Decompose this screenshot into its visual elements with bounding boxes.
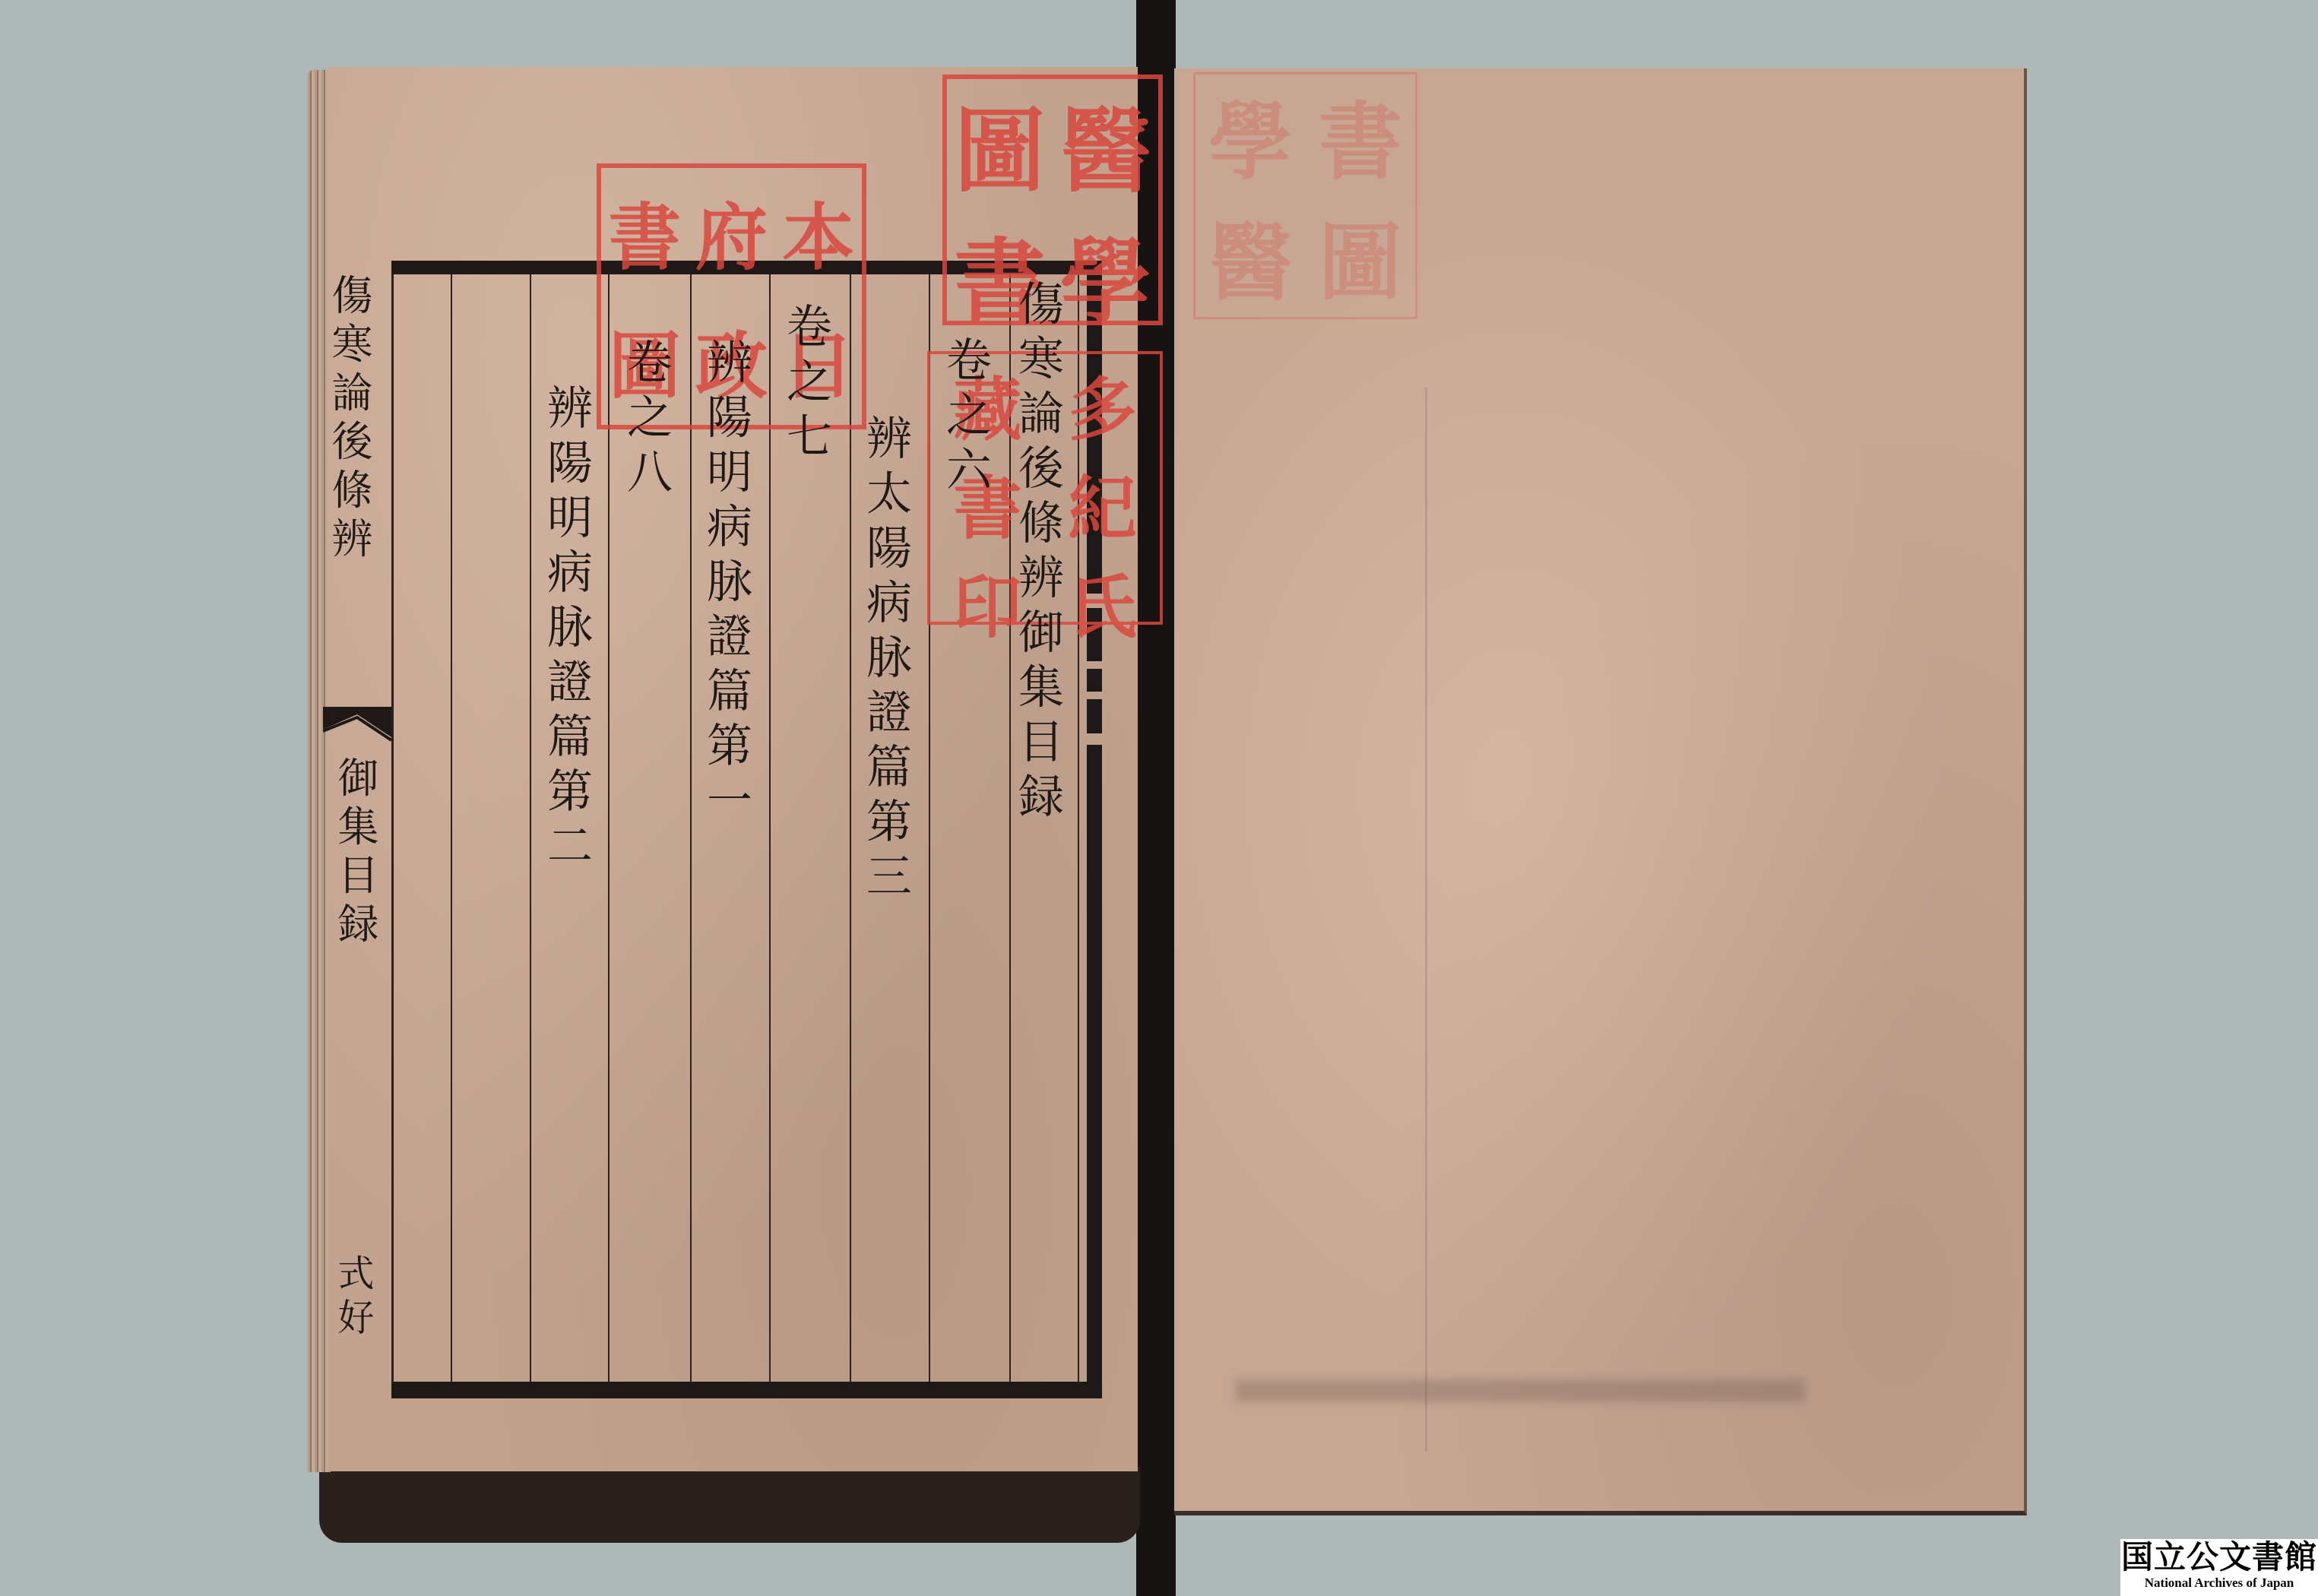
paper-stain — [1235, 1379, 1805, 1402]
seal-char: 書 — [601, 168, 688, 296]
seal-char: 圖 — [947, 79, 1053, 210]
seal-char: 醫 — [1053, 79, 1158, 210]
frame-bottom-border — [391, 1382, 1102, 1398]
seal-char: 本 — [775, 168, 862, 296]
column-rule — [690, 274, 692, 1382]
column-rule — [769, 274, 771, 1382]
logo-japanese-text: 国立公文書館 — [2120, 1539, 2318, 1575]
seal-char: 書 — [1306, 74, 1416, 196]
national-archives-logo: 国立公文書館 National Archives of Japan — [2120, 1539, 2318, 1596]
frame-right-border-segment — [1087, 699, 1102, 733]
column-rule — [530, 274, 531, 1382]
paper-fold — [1425, 388, 1427, 1452]
frame-right-border-segment — [1087, 669, 1102, 692]
margin-publisher-mark: 式好 — [334, 1254, 371, 1342]
chapter-entry: 辨太陽病脉證篇第三 — [863, 414, 908, 907]
book-block-shadow — [319, 1467, 1140, 1543]
seal-char: 學 — [1053, 210, 1158, 340]
column-rule — [608, 274, 610, 1382]
frame-right-border-segment — [1087, 745, 1102, 1383]
seal-offset-ghost: 學 書 醫 圖 — [1193, 72, 1417, 319]
fishtail-mark-icon — [323, 707, 391, 745]
seal-char: 圖 — [1306, 196, 1416, 318]
margin-section-title: 御集目録 — [334, 756, 375, 951]
volume-heading-7: 卷之七 — [783, 302, 828, 467]
seal-char: 醫 — [1195, 196, 1306, 318]
volume-heading-8: 卷之八 — [623, 338, 669, 502]
column-rule — [451, 274, 452, 1382]
volume-heading-6: 卷之六 — [942, 336, 988, 500]
frame-left-border — [391, 274, 394, 1382]
toc-title: 傷寒論後條辨御集目録 — [1015, 280, 1060, 827]
chapter-entry: 辨陽明病脉證篇第二 — [543, 384, 589, 876]
seal-char: 學 — [1195, 74, 1306, 196]
margin-book-title: 傷寒論後條辨 — [328, 274, 369, 565]
logo-english-text: National Archives of Japan — [2120, 1575, 2318, 1591]
column-rule — [850, 274, 851, 1382]
chapter-entry: 辨陽明病脉證篇第一 — [703, 338, 749, 831]
seal-char: 府 — [688, 168, 774, 296]
